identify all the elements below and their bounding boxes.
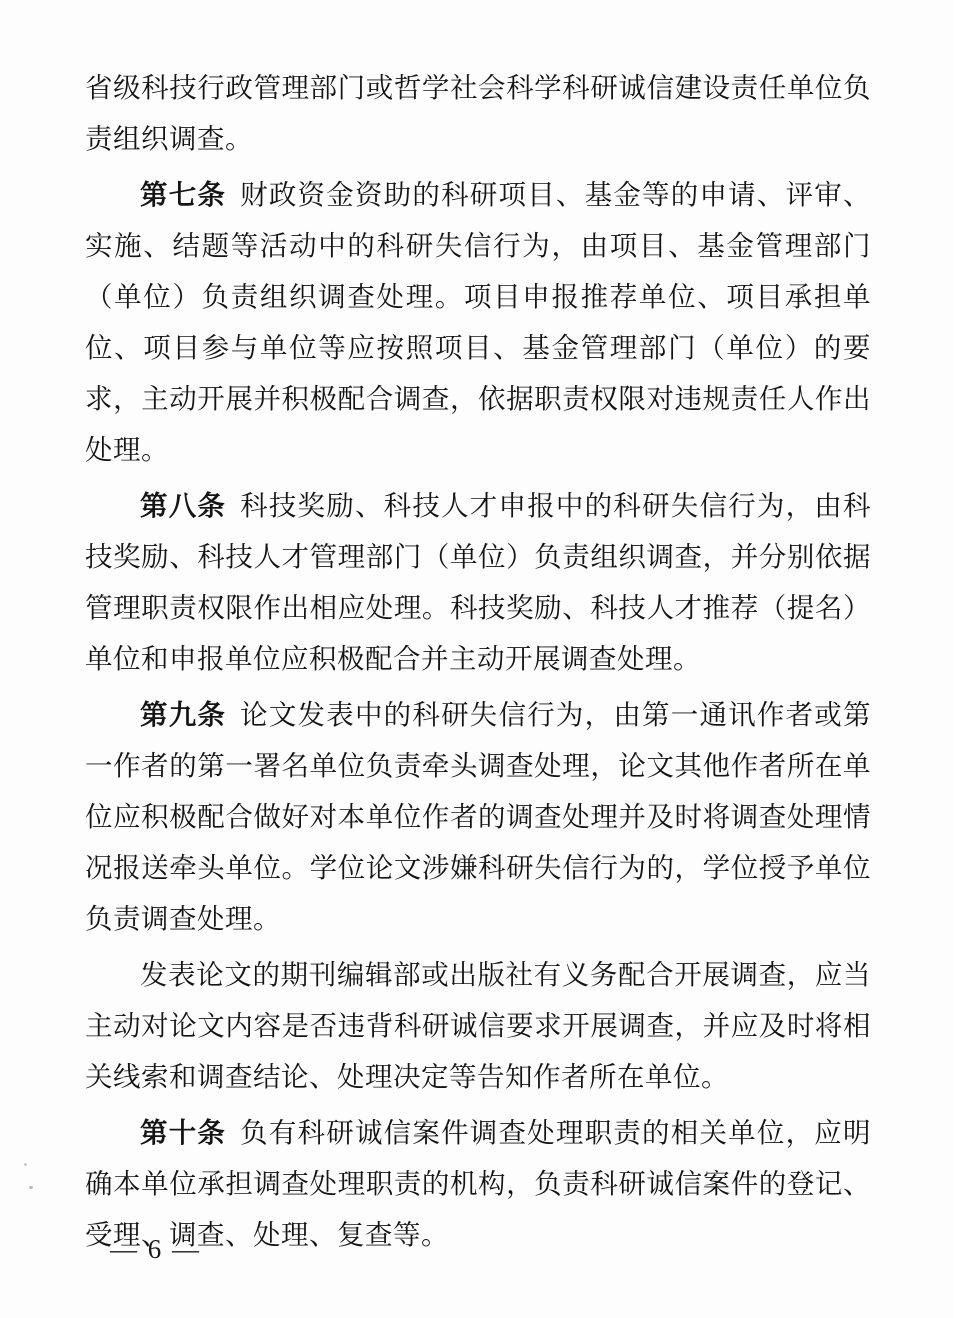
paragraph-text: 省级科技行政管理部门或哲学社会科学科研诚信建设责任单位负责组织调查。	[85, 72, 871, 154]
paragraph-article-8: 第八条科技奖励、科技人才申报中的科研失信行为，由科技奖励、科技人才管理部门（单位…	[85, 480, 871, 684]
page-number: — 6 —	[110, 1234, 201, 1264]
paragraph-journals: 发表论文的期刊编辑部或出版社有义务配合开展调查，应当主动对论文内容是否违背科研诚…	[85, 949, 871, 1102]
scan-speck	[29, 1186, 33, 1189]
paragraph-article-9: 第九条论文发表中的科研失信行为，由第一通讯作者或第一作者的第一署名单位负责牵头调…	[85, 689, 871, 944]
article-number-label: 第八条	[140, 490, 226, 521]
scanned-document-page: 省级科技行政管理部门或哲学社会科学科研诚信建设责任单位负责组织调查。 第七条财政…	[0, 0, 954, 1318]
paragraph-text: 论文发表中的科研失信行为，由第一通讯作者或第一作者的第一署名单位负责牵头调查处理…	[85, 699, 871, 934]
article-number-label: 第九条	[140, 699, 226, 730]
article-number-label: 第七条	[140, 179, 226, 210]
paragraph-text: 财政资金资助的科研项目、基金等的申请、评审、实施、结题等活动中的科研失信行为，由…	[85, 179, 871, 465]
paragraph-text: 发表论文的期刊编辑部或出版社有义务配合开展调查，应当主动对论文内容是否违背科研诚…	[85, 959, 871, 1092]
article-number-label: 第十条	[140, 1117, 226, 1148]
paragraph-article-10: 第十条负有科研诚信案件调查处理职责的相关单位，应明确本单位承担调查处理职责的机构…	[85, 1107, 871, 1260]
document-body: 省级科技行政管理部门或哲学社会科学科研诚信建设责任单位负责组织调查。 第七条财政…	[85, 62, 871, 1260]
scan-speck	[24, 1163, 27, 1166]
paragraph-continuation: 省级科技行政管理部门或哲学社会科学科研诚信建设责任单位负责组织调查。	[85, 62, 871, 164]
paragraph-article-7: 第七条财政资金资助的科研项目、基金等的申请、评审、实施、结题等活动中的科研失信行…	[85, 169, 871, 475]
